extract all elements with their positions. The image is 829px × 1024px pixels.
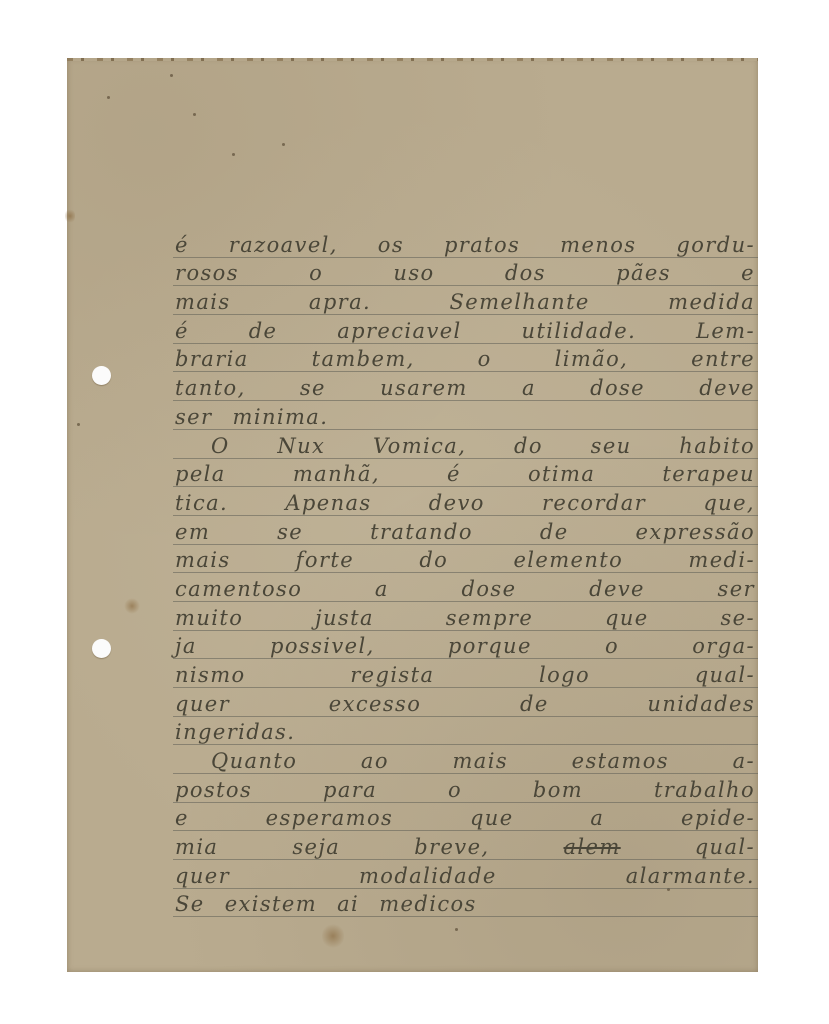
handwritten-line: camentoso a dose deve ser: [175, 575, 755, 603]
speck: [107, 96, 110, 99]
paper-sheet: é razoavel, os pratos menos gordu- rosos…: [67, 58, 758, 972]
struck-out-word: alem: [564, 835, 621, 859]
handwritten-line: muito justa sempre que se-: [175, 604, 755, 632]
handwritten-line: postos para o bom trabalho: [175, 776, 755, 804]
handwritten-line: nismo regista logo qual-: [175, 661, 755, 689]
speck: [170, 74, 173, 77]
handwritten-line: pela manhã, é otima terapeu: [175, 460, 755, 488]
speck: [282, 143, 285, 146]
handwritten-line: quer modalidade alarmante.: [175, 862, 755, 890]
handwritten-line-with-strikethrough: mia seja breve, alem qual-: [175, 833, 755, 861]
handwritten-line: mais apra. Semelhante medida: [175, 288, 755, 316]
speck: [193, 113, 196, 116]
handwritten-line: e esperamos que a epide-: [175, 804, 755, 832]
handwritten-line: quer excesso de unidades: [175, 690, 755, 718]
handwritten-line: é de apreciavel utilidade. Lem-: [175, 317, 755, 345]
stain: [124, 598, 140, 614]
handwritten-line: tica. Apenas devo recordar que,: [175, 489, 755, 517]
handwritten-line: braria tambem, o limão, entre: [175, 345, 755, 373]
handwritten-line: mais forte do elemento medi-: [175, 546, 755, 574]
handwritten-line: rosos o uso dos pães e: [175, 259, 755, 287]
speck: [455, 928, 458, 931]
stain: [322, 923, 344, 949]
handwritten-line: ja possivel, porque o orga-: [175, 632, 755, 660]
handwritten-line: ser minima.: [175, 403, 755, 431]
stain: [65, 208, 75, 224]
speck: [77, 423, 80, 426]
handwritten-line: em se tratando de expressão: [175, 518, 755, 546]
speck: [232, 153, 235, 156]
handwritten-line: ingeridas.: [175, 718, 755, 746]
line-text-before: mia seja breve,: [175, 835, 489, 859]
paper-top-edge: [67, 58, 758, 61]
line-text-after: qual-: [695, 835, 755, 859]
handwritten-line: Quanto ao mais estamos a-: [175, 747, 755, 775]
handwritten-line: O Nux Vomica, do seu habito: [175, 432, 755, 460]
punch-hole-top: [92, 366, 111, 385]
handwritten-line: Se existem ai medicos: [175, 890, 755, 918]
handwritten-line: tanto, se usarem a dose deve: [175, 374, 755, 402]
punch-hole-bottom: [92, 639, 111, 658]
handwritten-line: é razoavel, os pratos menos gordu-: [175, 231, 755, 259]
